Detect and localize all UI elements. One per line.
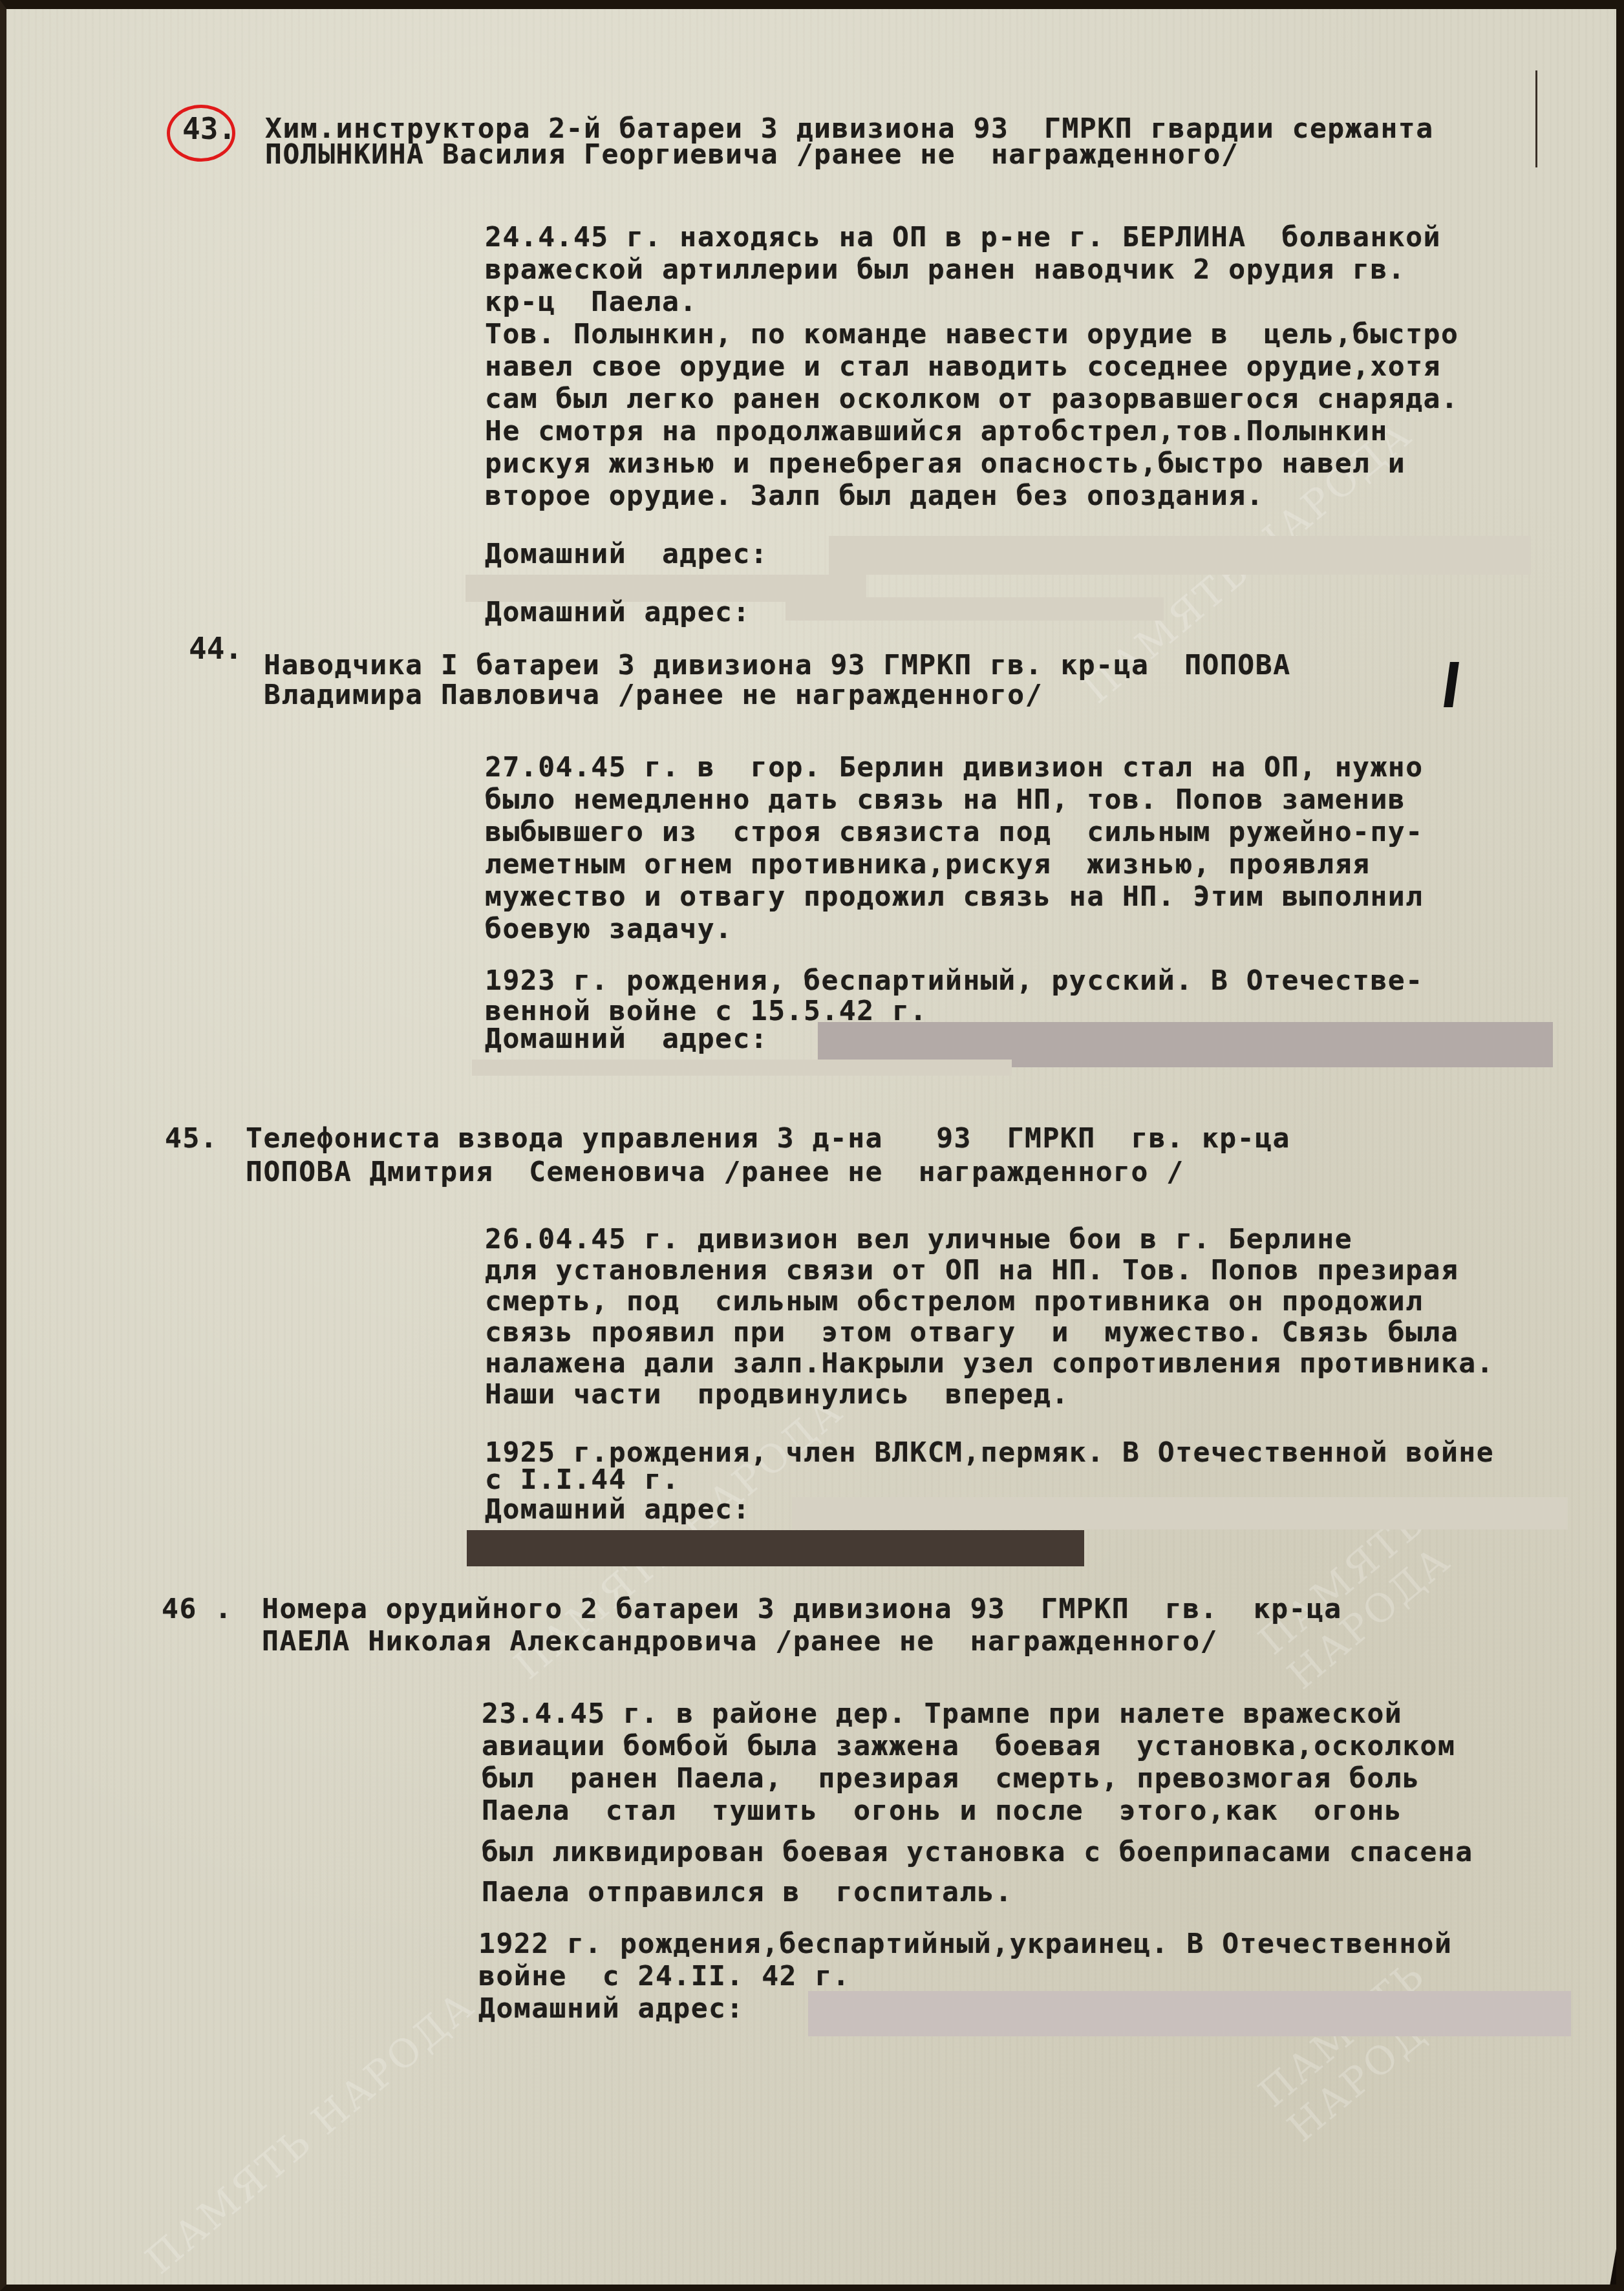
entry-number: 45.: [165, 1122, 218, 1155]
ink-mark: [1444, 662, 1459, 707]
paper-crease: [1535, 70, 1537, 167]
entry-body-line: было немедленно дать связь на НП, тов. П…: [485, 783, 1405, 816]
entry-header-line: Наводчика I батареи 3 дивизиона 93 ГМРКП…: [264, 649, 1291, 681]
entry-bio-line: 1922 г. рождения,беспартийный,украинец. …: [478, 1928, 1452, 1960]
entry-body-line: сам был легко ранен осколком от разорвав…: [485, 383, 1458, 415]
entry-body-line: Паела стал тушить огонь и после этого,ка…: [482, 1795, 1402, 1827]
redacted-address: [472, 1060, 1012, 1076]
address-label: Домашний адрес:: [485, 1023, 768, 1055]
entry-body-line: 27.04.45 г. в гор. Берлин дивизион стал …: [485, 751, 1424, 783]
redacted-address: [829, 536, 1531, 575]
entry-bio-line: войне с 24.II. 42 г.: [478, 1960, 850, 1992]
entry-header-line: Телефониста взвода управления 3 д-на 93 …: [246, 1122, 1290, 1155]
entry-header-line: Владимира Павловича /ранее не награжденн…: [264, 679, 1043, 711]
entry-body-line: был ликвидирован боевая установка с боеп…: [482, 1836, 1473, 1868]
entry-body-line: был ранен Паела, презирая смерть, превоз…: [482, 1762, 1420, 1795]
entry-body-line: рискуя жизнью и пренебрегая опасность,бы…: [485, 447, 1405, 480]
redacted-address: [467, 1530, 1084, 1566]
entry-number: 46 .: [162, 1593, 233, 1625]
address-label: Домашний адрес:: [485, 538, 768, 570]
entry-header-line: ПОЛЫНКИНА Василия Георгиевича /ранее не …: [265, 138, 1239, 171]
redacted-address: [785, 597, 1164, 621]
entry-body-line: навел свое орудие и стал наводить соседн…: [485, 350, 1441, 383]
entry-body-line: 26.04.45 г. дивизион вел уличные бои в г…: [485, 1223, 1352, 1255]
entry-header-line: ПОПОВА Дмитрия Семеновича /ранее не нагр…: [246, 1156, 1184, 1188]
entry-body-line: боевую задачу.: [485, 913, 732, 945]
page-corner-shadow: [1609, 2207, 1624, 2291]
entry-body-line: кр-ц Паела.: [485, 286, 698, 318]
entry-body-line: смерть, под сильным обстрелом противника…: [485, 1285, 1424, 1317]
entry-header-line: Номера орудийного 2 батареи 3 дивизиона …: [262, 1593, 1342, 1625]
entry-body-line: Не смотря на продолжавшийся артобстрел,т…: [485, 415, 1388, 447]
entry-body-line: мужество и отвагу продожил связь на НП. …: [485, 880, 1424, 913]
address-label: Домашний адрес:: [478, 1992, 744, 2025]
entry-body-line: налажена дали залп.Накрыли узел сопротив…: [485, 1347, 1494, 1380]
entry-body-line: для установления связи от ОП на НП. Тов.…: [485, 1254, 1458, 1286]
redacted-address: [808, 1991, 1571, 2036]
entry-bio-line: 1923 г. рождения, беспартийный, русский.…: [485, 964, 1424, 997]
entry-bio-line: с I.I.44 г.: [485, 1464, 679, 1496]
entry-body-line: Наши части продвинулись вперед.: [485, 1378, 1069, 1411]
watermark: ПАМЯТЬ НАРОДА: [1250, 1384, 1601, 1698]
entry-body-line: леметным огнем противника,рискуя жизнью,…: [485, 848, 1370, 880]
entry-body-line: второе орудие. Залп был даден без опозда…: [485, 480, 1264, 512]
entry-body-line: связь проявил при этом отвагу и мужество…: [485, 1316, 1458, 1348]
document-page: ПАМЯТЬ НАРОДА ПАМЯТЬ НАРОДА ПАМЯТЬ НАРОД…: [0, 0, 1624, 2291]
entry-body-line: авиации бомбой была зажжена боевая устан…: [482, 1730, 1455, 1762]
entry-header-line: ПАЕЛА Николая Александровича /ранее не н…: [262, 1625, 1218, 1657]
entry-body-line: 23.4.45 г. в районе дер. Трампе при нале…: [482, 1698, 1402, 1730]
address-label: Домашний адрес:: [485, 1493, 751, 1526]
entry-number: 44.: [189, 631, 242, 666]
watermark: ПАМЯТЬ НАРОДА: [137, 1982, 484, 2283]
address-label: Домашний адрес:: [485, 596, 751, 628]
redacted-address: [792, 1497, 1568, 1529]
entry-body-line: Тов. Полынкин, по команде навести орудие…: [485, 318, 1458, 350]
entry-number: 43.: [182, 111, 236, 146]
entry-body-line: выбывшего из строя связиста под сильным …: [485, 816, 1424, 848]
entry-body-line: Паела отправился в госпиталь.: [482, 1876, 1013, 1908]
entry-body-line: 24.4.45 г. находясь на ОП в р-не г. БЕРЛ…: [485, 221, 1441, 253]
entry-body-line: вражеской артиллерии был ранен наводчик …: [485, 253, 1405, 286]
